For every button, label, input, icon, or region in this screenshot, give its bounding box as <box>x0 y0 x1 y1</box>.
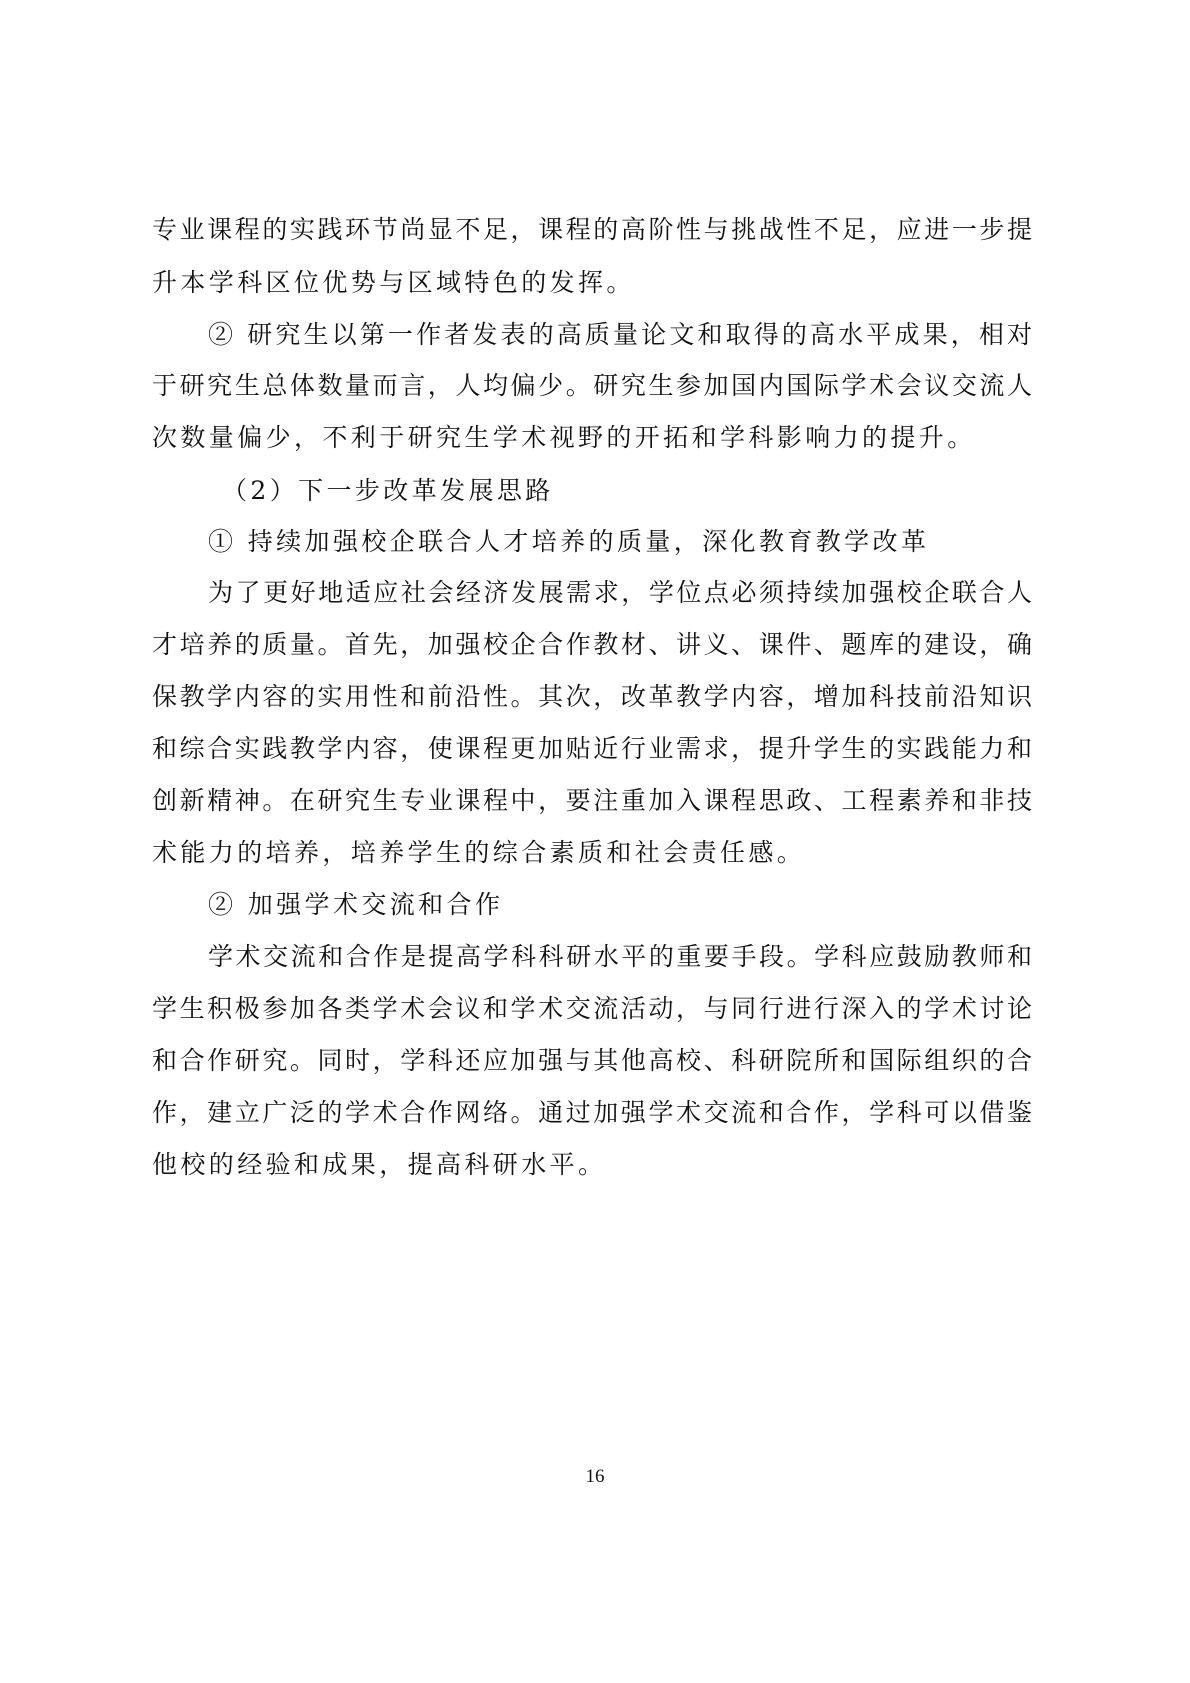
paragraph-line: 学术交流和合作是提高学科科研水平的重要手段。学科应鼓励教师和 <box>208 940 1032 974</box>
section-heading: （2）下一步改革发展思路 <box>222 474 1102 508</box>
page-number: 16 <box>0 1466 1190 1488</box>
paragraph-line: 和综合实践教学内容，使课程更加贴近行业需求，提升学生的实践能力和 <box>152 732 1032 766</box>
paragraph-line: 创新精神。在研究生专业课程中，要注重加入课程思政、工程素养和非技 <box>152 784 1032 818</box>
paragraph-line: 次数量偏少，不利于研究生学术视野的开拓和学科影响力的提升。 <box>152 421 1032 455</box>
paragraph-line: 保教学内容的实用性和前沿性。其次，改革教学内容，增加科技前沿知识 <box>152 680 1032 714</box>
subsection-heading: ② 加强学术交流和合作 <box>208 888 1032 922</box>
paragraph-line: 他校的经验和成果，提高科研水平。 <box>152 1148 1032 1182</box>
paragraph-line: 专业课程的实践环节尚显不足，课程的高阶性与挑战性不足，应进一步提 <box>152 213 1032 247</box>
paragraph-line: 于研究生总体数量而言，人均偏少。研究生参加国内国际学术会议交流人 <box>152 369 1032 403</box>
paragraph-line: 才培养的质量。首先，加强校企合作教材、讲义、课件、题库的建设，确 <box>152 628 1032 662</box>
paragraph-line: 术能力的培养，培养学生的综合素质和社会责任感。 <box>152 836 1032 870</box>
paragraph-line: 作，建立广泛的学术合作网络。通过加强学术交流和合作，学科可以借鉴 <box>152 1096 1032 1130</box>
paragraph-line: 升本学科区位优势与区域特色的发挥。 <box>152 266 1032 300</box>
document-page: 专业课程的实践环节尚显不足，课程的高阶性与挑战性不足，应进一步提 升本学科区位优… <box>0 0 1190 1683</box>
paragraph-line: 和合作研究。同时，学科还应加强与其他高校、科研院所和国际组织的合 <box>152 1044 1032 1078</box>
subsection-heading: ① 持续加强校企联合人才培养的质量，深化教育教学改革 <box>208 525 1032 559</box>
list-item-heading: ② 研究生以第一作者发表的高质量论文和取得的高水平成果，相对 <box>208 318 1032 352</box>
paragraph-line: 学生积极参加各类学术会议和学术交流活动，与同行进行深入的学术讨论 <box>152 992 1032 1026</box>
paragraph-line: 为了更好地适应社会经济发展需求，学位点必须持续加强校企联合人 <box>208 576 1032 610</box>
